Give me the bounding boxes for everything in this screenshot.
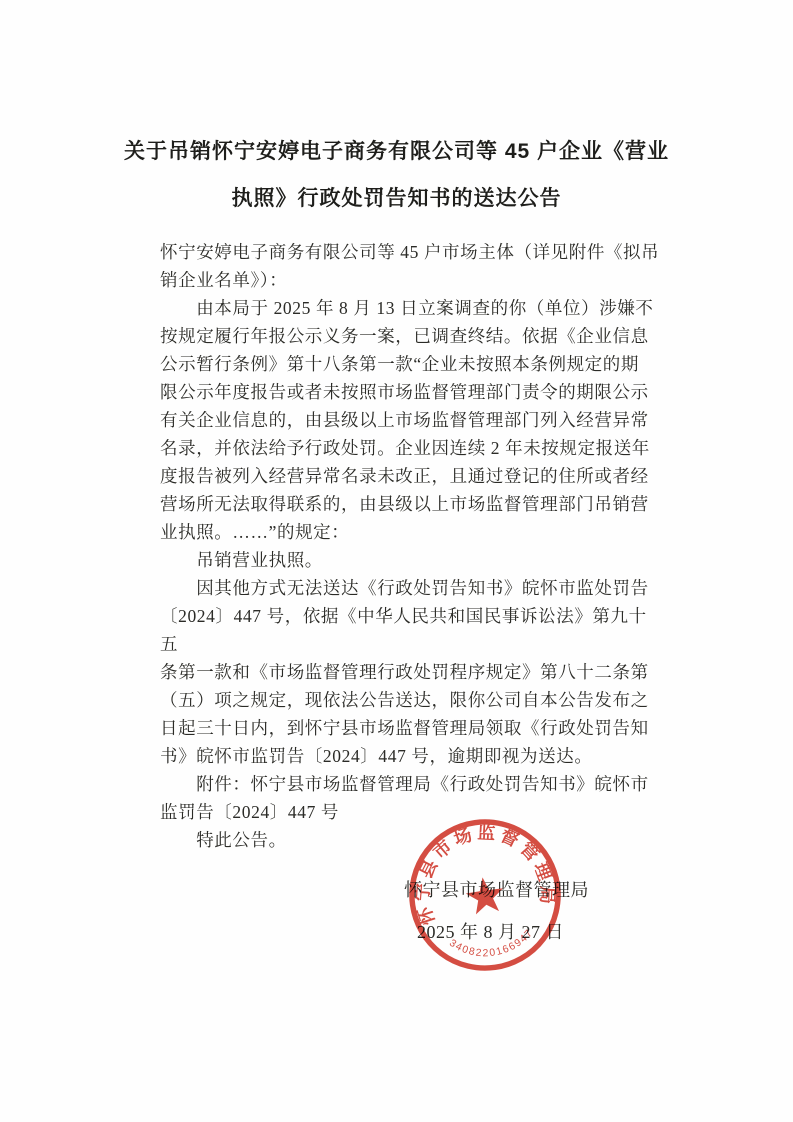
body-line: 限公示年度报告或者未按照市场监督管理部门责令的期限公示	[160, 378, 662, 406]
body-line: 因其他方式无法送达《行政处罚告知书》皖怀市监处罚告	[160, 574, 662, 602]
page-title: 关于吊销怀宁安婷电子商务有限公司等 45 户企业《营业 执照》行政处罚告知书的送…	[0, 128, 793, 222]
body-line: 〔2024〕447 号，依据《中华人民共和国民事诉讼法》第九十五	[160, 602, 662, 658]
body-line: 销企业名单》）：	[160, 266, 662, 294]
document-body: 怀宁安婷电子商务有限公司等 45 户市场主体（详见附件《拟吊销企业名单》）： 由…	[160, 238, 662, 854]
page-title-line-2: 执照》行政处罚告知书的送达公告	[0, 175, 793, 222]
body-line: 营场所无法取得联系的，由县级以上市场监督管理部门吊销营	[160, 490, 662, 518]
body-line: 书》皖怀市监罚告〔2024〕447 号，逾期即视为送达。	[160, 742, 662, 770]
body-line: 监罚告〔2024〕447 号	[160, 798, 662, 826]
seal-star-icon	[464, 875, 506, 916]
body-line: 业执照。……”的规定：	[160, 518, 662, 546]
body-line: 名录，并依法给予行政处罚。企业因连续 2 年未按规定报送年	[160, 434, 662, 462]
body-line: 附件：怀宁县市场监督管理局《行政处罚告知书》皖怀市	[160, 770, 662, 798]
body-line: 条第一款和《市场监督管理行政处罚程序规定》第八十二条第	[160, 658, 662, 686]
body-line: 公示暂行条例》第十八条第一款“企业未按照本条例规定的期	[160, 350, 662, 378]
body-line: 度报告被列入经营异常名录未改正，且通过登记的住所或者经	[160, 462, 662, 490]
body-line: 按规定履行年报公示义务一案，已调查终结。依据《企业信息	[160, 322, 662, 350]
announcement-page: 关于吊销怀宁安婷电子商务有限公司等 45 户企业《营业 执照》行政处罚告知书的送…	[0, 0, 793, 1122]
seal-arc-text: 怀宁县市场监督管理局	[401, 812, 560, 930]
body-line: 有关企业信息的，由县级以上市场监督管理部门列入经营异常	[160, 406, 662, 434]
body-line: 日起三十日内，到怀宁县市场监督管理局领取《行政处罚告知	[160, 714, 662, 742]
page-title-line-1: 关于吊销怀宁安婷电子商务有限公司等 45 户企业《营业	[0, 128, 793, 175]
official-seal-icon: 怀宁县市场监督管理局 3408220166947	[396, 806, 574, 984]
body-line: 由本局于 2025 年 8 月 13 日立案调查的你（单位）涉嫌不	[160, 294, 662, 322]
body-line: 吊销营业执照。	[160, 546, 662, 574]
body-line: （五）项之规定，现依法公告送达，限你公司自本公告发布之	[160, 686, 662, 714]
body-line: 怀宁安婷电子商务有限公司等 45 户市场主体（详见附件《拟吊	[160, 238, 662, 266]
